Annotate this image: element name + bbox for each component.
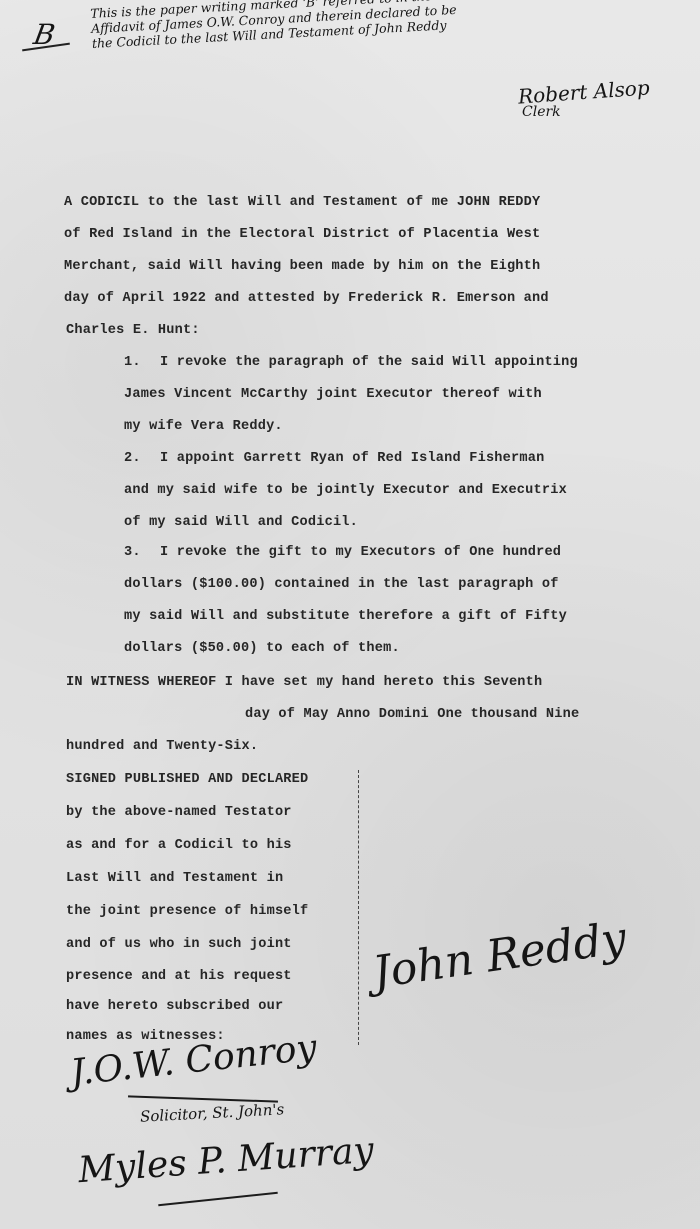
attestation-line: SIGNED PUBLISHED AND DECLARED xyxy=(66,772,308,787)
clause-line: of my said Will and Codicil. xyxy=(124,515,358,530)
clause-line: my said Will and substitute therefore a … xyxy=(124,609,567,624)
witness-2-signature: Myles P. Murray xyxy=(77,1130,375,1192)
intro-line: of Red Island in the Electoral District … xyxy=(64,227,540,242)
attestation-line: by the above-named Testator xyxy=(66,805,292,820)
intro-line: Charles E. Hunt: xyxy=(66,323,200,338)
clause-number: 2. xyxy=(124,451,141,466)
clause-line: I revoke the gift to my Executors of One… xyxy=(160,545,561,560)
witness-clause-line: IN WITNESS WHEREOF I have set my hand he… xyxy=(66,675,542,690)
document-page: B This is the paper writing marked 'B' r… xyxy=(0,0,700,1229)
attestation-line: and of us who in such joint xyxy=(66,937,292,952)
intro-line: Merchant, said Will having been made by … xyxy=(64,259,540,274)
clerk-title: Clerk xyxy=(522,104,561,120)
clause-number: 3. xyxy=(124,545,141,560)
clause-line: dollars ($50.00) to each of them. xyxy=(124,641,400,656)
witness-2-flourish xyxy=(158,1192,278,1207)
handwritten-annotation: This is the paper writing marked 'B' ref… xyxy=(90,0,682,51)
attestation-line: presence and at his request xyxy=(66,969,292,984)
clause-line: I appoint Garrett Ryan of Red Island Fis… xyxy=(160,451,544,466)
attestation-line: the joint presence of himself xyxy=(66,904,308,919)
clause-number: 1. xyxy=(124,355,141,370)
witness-clause-line: hundred and Twenty-Six. xyxy=(66,739,258,754)
attestation-bracket xyxy=(348,770,359,1045)
clause-line: I revoke the paragraph of the said Will … xyxy=(160,355,578,370)
clause-line: and my said wife to be jointly Executor … xyxy=(124,483,567,498)
clause-line: dollars ($100.00) contained in the last … xyxy=(124,577,559,592)
intro-line: day of April 1922 and attested by Freder… xyxy=(64,291,549,306)
testator-signature: John Reddy xyxy=(370,912,630,998)
attestation-line: Last Will and Testament in xyxy=(66,871,283,886)
attestation-line: have hereto subscribed our xyxy=(66,999,283,1014)
witness-clause-line: day of May Anno Domini One thousand Nine xyxy=(245,707,579,722)
witness-1-title: Solicitor, St. John's xyxy=(140,1100,285,1126)
attestation-line: as and for a Codicil to his xyxy=(66,838,292,853)
intro-line: A CODICIL to the last Will and Testament… xyxy=(64,195,540,210)
clause-line: my wife Vera Reddy. xyxy=(124,419,283,434)
clause-line: James Vincent McCarthy joint Executor th… xyxy=(124,387,542,402)
